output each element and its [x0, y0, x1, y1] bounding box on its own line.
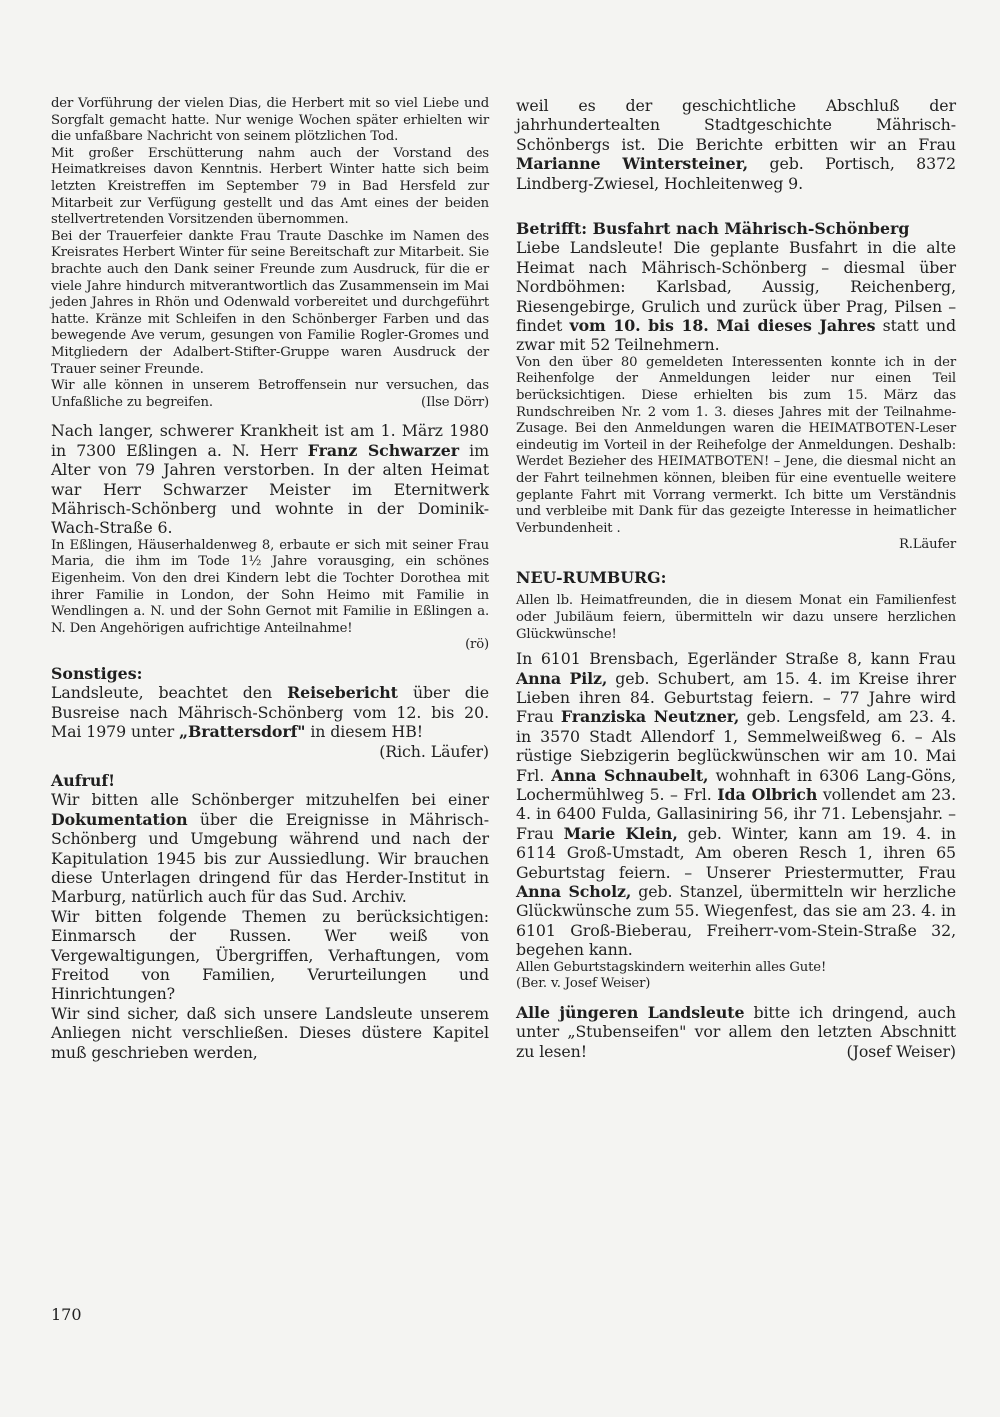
sonstiges-signature: (Rich. Läufer) — [379, 742, 489, 761]
obituary-schwarzer: Nach langer, schwerer Krankheit ist am 1… — [51, 421, 489, 654]
final-signature: (Josef Weiser) — [847, 1042, 956, 1061]
deceased-name: Franz Schwarzer — [308, 441, 459, 460]
right-column: weil es der geschichtliche Abschluß der … — [516, 96, 956, 1061]
obituary-signature: (rö) — [51, 637, 489, 654]
aufruf-text-2: Wir bitten folgende Themen zu berücksich… — [51, 907, 489, 1004]
neu-rumburg-signature: (Ber. v. Josef Weiser) — [516, 976, 956, 993]
section-sonstiges: Sonstiges: Landsleute, beachtet den Reis… — [51, 664, 489, 761]
sonstiges-text: Landsleute, beachtet den Reisebericht üb… — [51, 683, 489, 761]
final-note: Alle jüngeren Landsleute bitte ich dring… — [516, 1003, 956, 1061]
aufruf-continuation: weil es der geschichtliche Abschluß der … — [516, 96, 956, 193]
paragraph-vorstand: Mit großer Erschütterung nahm auch der V… — [51, 146, 489, 229]
paragraph-betroffensein: Wir alle können in unserem Betroffensein… — [51, 378, 489, 411]
author-signature: (Ilse Dörr) — [421, 395, 489, 412]
busfahrt-detail: Von den über 80 gemeldeten Interessenten… — [516, 355, 956, 538]
section-juengere-landsleute: Alle jüngeren Landsleute bitte ich dring… — [516, 1003, 956, 1061]
birthday-list: In 6101 Brensbach, Egerländer Straße 8, … — [516, 649, 956, 960]
section-heading-aufruf: Aufruf! — [51, 771, 489, 790]
aufruf-text-3: Wir sind sicher, daß sich unsere Landsle… — [51, 1004, 489, 1062]
section-neu-rumburg: NEU-RUMBURG: Allen lb. Heimatfreunden, d… — [516, 568, 956, 993]
obituary-lead: Nach langer, schwerer Krankheit ist am 1… — [51, 421, 489, 537]
busfahrt-lead: Liebe Landsleute! Die geplante Busfahrt … — [516, 238, 956, 354]
page-number: 170 — [51, 1305, 82, 1324]
neu-rumburg-intro: Allen lb. Heimatfreunden, die in diesem … — [516, 593, 956, 643]
busfahrt-signature: R.Läufer — [516, 537, 956, 554]
paragraph-trauerfeier: Bei der Trauerfeier dankte Frau Traute D… — [51, 229, 489, 378]
section-heading-sonstiges: Sonstiges: — [51, 664, 489, 683]
section-busfahrt: Betrifft: Busfahrt nach Mährisch-Schönbe… — [516, 219, 956, 554]
paragraph-dias: der Vorführung der vielen Dias, die Herb… — [51, 96, 489, 146]
aufruf-text-1: Wir bitten alle Schönberger mitzuhelfen … — [51, 790, 489, 906]
obituary-detail: In Eßlingen, Häuserhaldenweg 8, erbaute … — [51, 538, 489, 638]
section-heading-neu-rumburg: NEU-RUMBURG: — [516, 568, 956, 587]
section-heading-busfahrt: Betrifft: Busfahrt nach Mährisch-Schönbe… — [516, 219, 956, 238]
neu-rumburg-closing: Allen Geburtstagskindern weiterhin alles… — [516, 960, 956, 977]
left-column: der Vorführung der vielen Dias, die Herb… — [51, 96, 489, 1062]
section-aufruf: Aufruf! Wir bitten alle Schönberger mitz… — [51, 771, 489, 1062]
